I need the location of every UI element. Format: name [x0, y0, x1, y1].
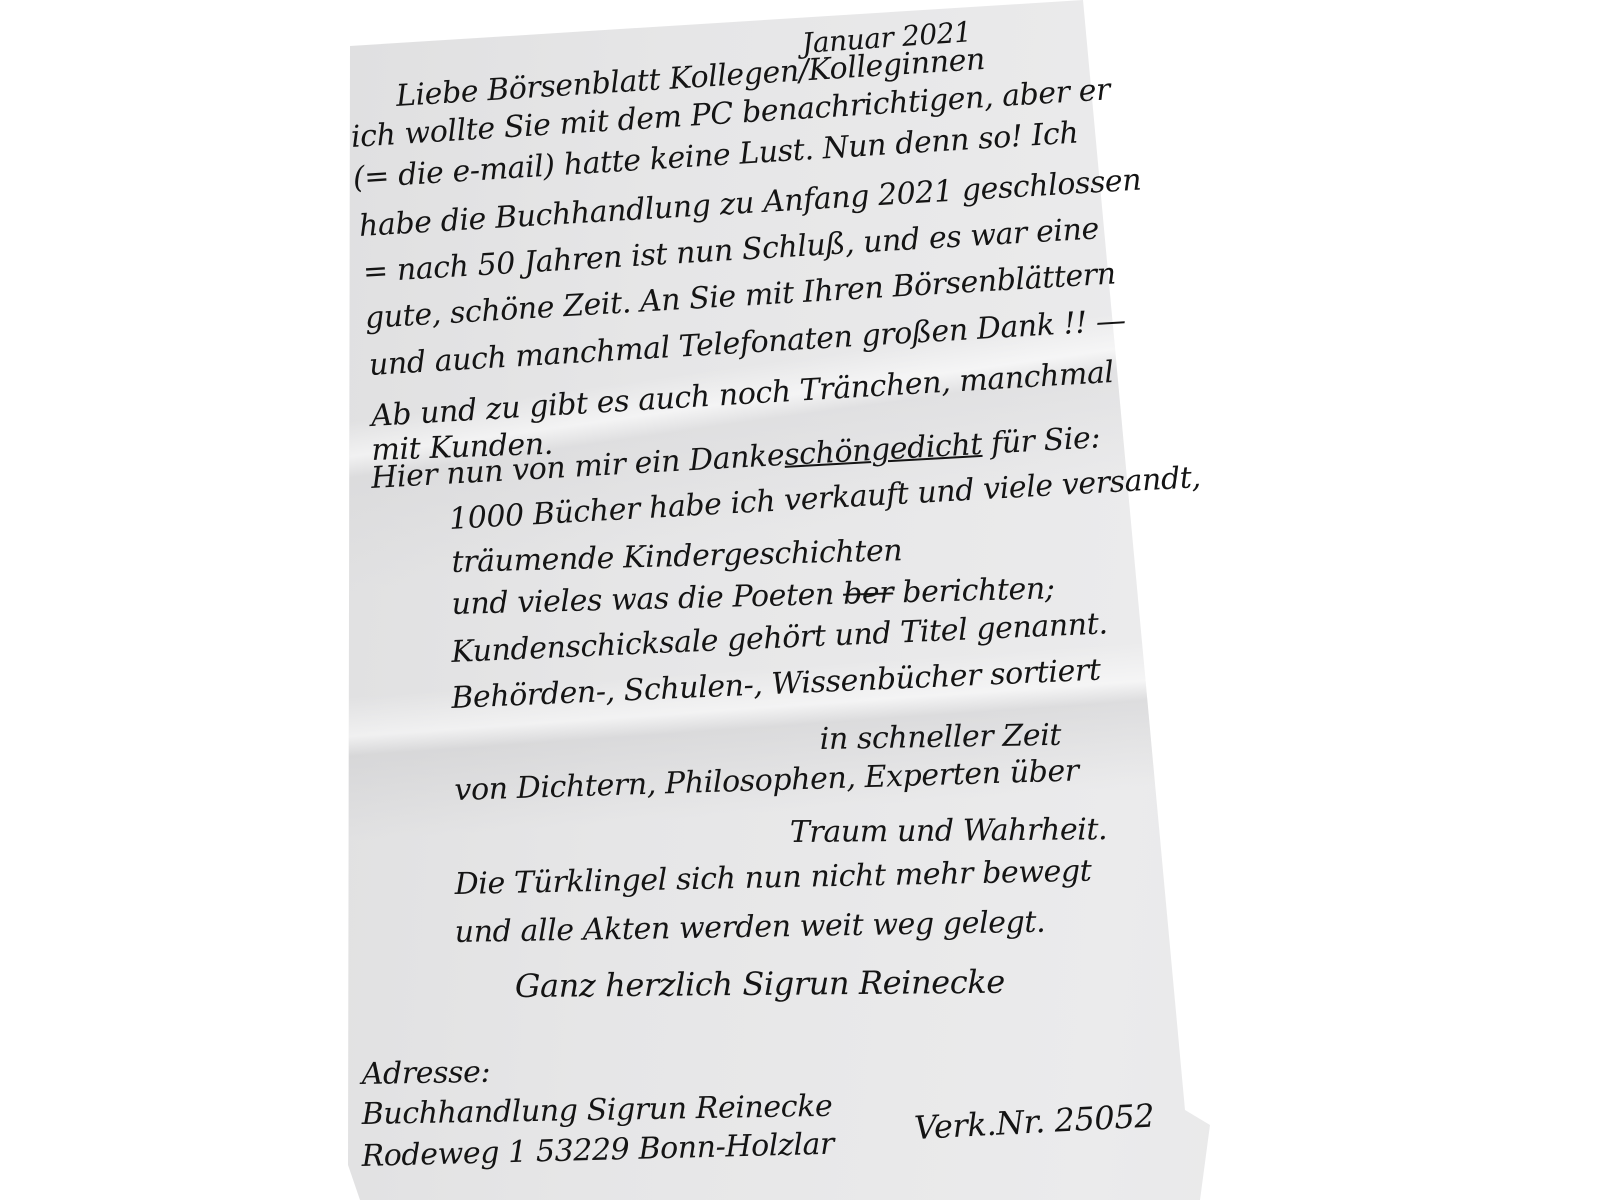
closing-signature: Ganz herzlich Sigrun Reinecke: [515, 966, 1005, 1002]
poem-line: in schneller Zeit: [819, 721, 1061, 755]
poem-line-before: und vieles was die Poeten: [451, 577, 843, 622]
address-line-1: Buchhandlung Sigrun Reinecke: [361, 1092, 832, 1130]
poem-line-after: berichten;: [893, 571, 1055, 610]
poem-intro-underlined: schöngedicht: [783, 427, 983, 473]
address-line-2: Rodeweg 1 53229 Bonn-Holzlar: [361, 1130, 834, 1172]
poem-intro-after: für Sie:: [981, 420, 1101, 462]
address-label: Adresse:: [361, 1058, 490, 1090]
poem-line: von Dichtern, Philosophen, Experten über: [454, 756, 1079, 806]
poem-line: Die Türklingel sich nun nicht mehr beweg…: [454, 857, 1091, 900]
poem-line: träumende Kindergeschichten: [451, 536, 902, 578]
struck-out-word: ber: [843, 575, 894, 611]
photo-stage: Januar 2021 Liebe Börsenblatt Kollegen/K…: [0, 0, 1600, 1200]
poem-line: Traum und Wahrheit.: [790, 815, 1108, 848]
letter-handwriting: Januar 2021 Liebe Börsenblatt Kollegen/K…: [0, 0, 1600, 1200]
poem-line: und alle Akten werden weit weg gelegt.: [454, 908, 1045, 948]
verk-number: Verk.Nr. 25052: [913, 1099, 1155, 1144]
